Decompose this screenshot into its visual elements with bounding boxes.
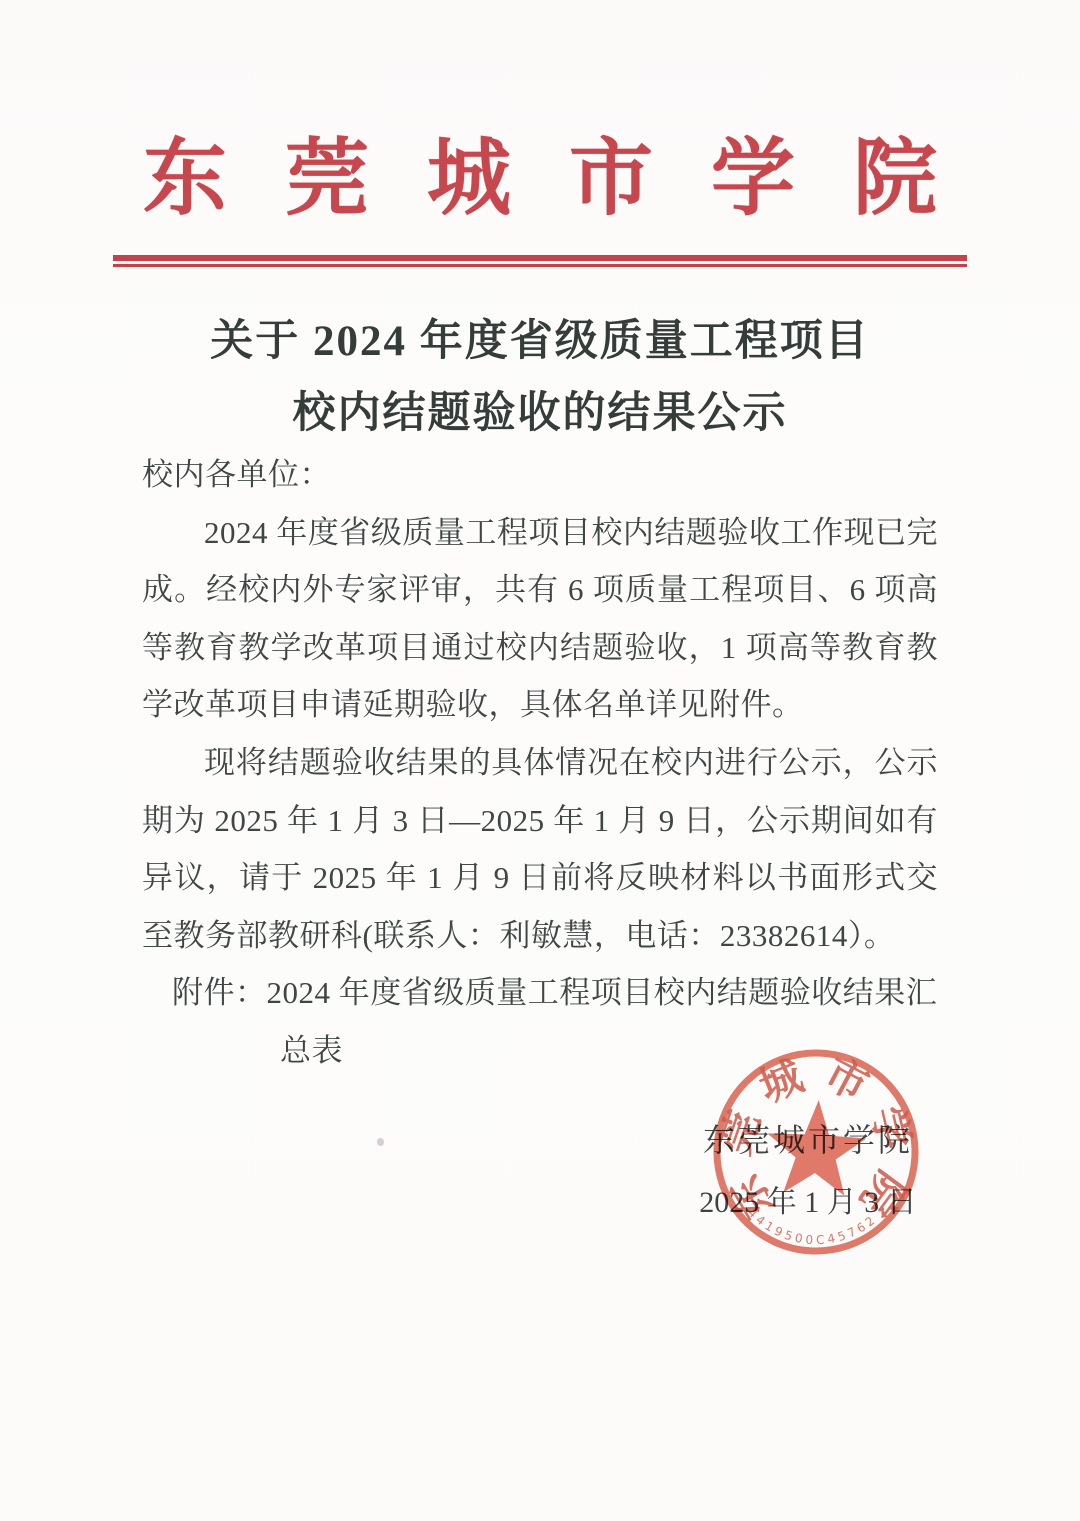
letterhead-separator-rule [113,255,967,267]
scan-speck-artifact [377,1138,384,1146]
official-document-page: 东莞城市学院 关于 2024 年度省级质量工程项目 校内结题验收的结果公示 校内… [0,0,1080,1521]
seal-graphic: 东莞城市学院 4419500C45762 [705,1041,928,1264]
official-seal: 东莞城市学院 4419500C45762 [705,1041,928,1264]
body-paragraph-2: 现将结题验收结果的具体情况在校内进行公示，公示期为 2025 年 1 月 3 日… [142,734,938,964]
body-paragraph-1: 2024 年度省级质量工程项目校内结题验收工作现已完成。经校内外专家评审，共有 … [142,504,938,734]
document-body: 校内各单位： 2024 年度省级质量工程项目校内结题验收工作现已完成。经校内外专… [142,446,938,1080]
document-title: 关于 2024 年度省级质量工程项目 校内结题验收的结果公示 [0,306,1080,450]
document-title-line2: 校内结题验收的结果公示 [0,378,1080,450]
letterhead-institution-name: 东莞城市学院 [0,126,1080,234]
red-star-icon [764,1097,868,1196]
institution-name-text: 东莞城市学院 [143,126,995,234]
salutation: 校内各单位： [142,446,938,504]
document-title-line1: 关于 2024 年度省级质量工程项目 [0,306,1080,378]
